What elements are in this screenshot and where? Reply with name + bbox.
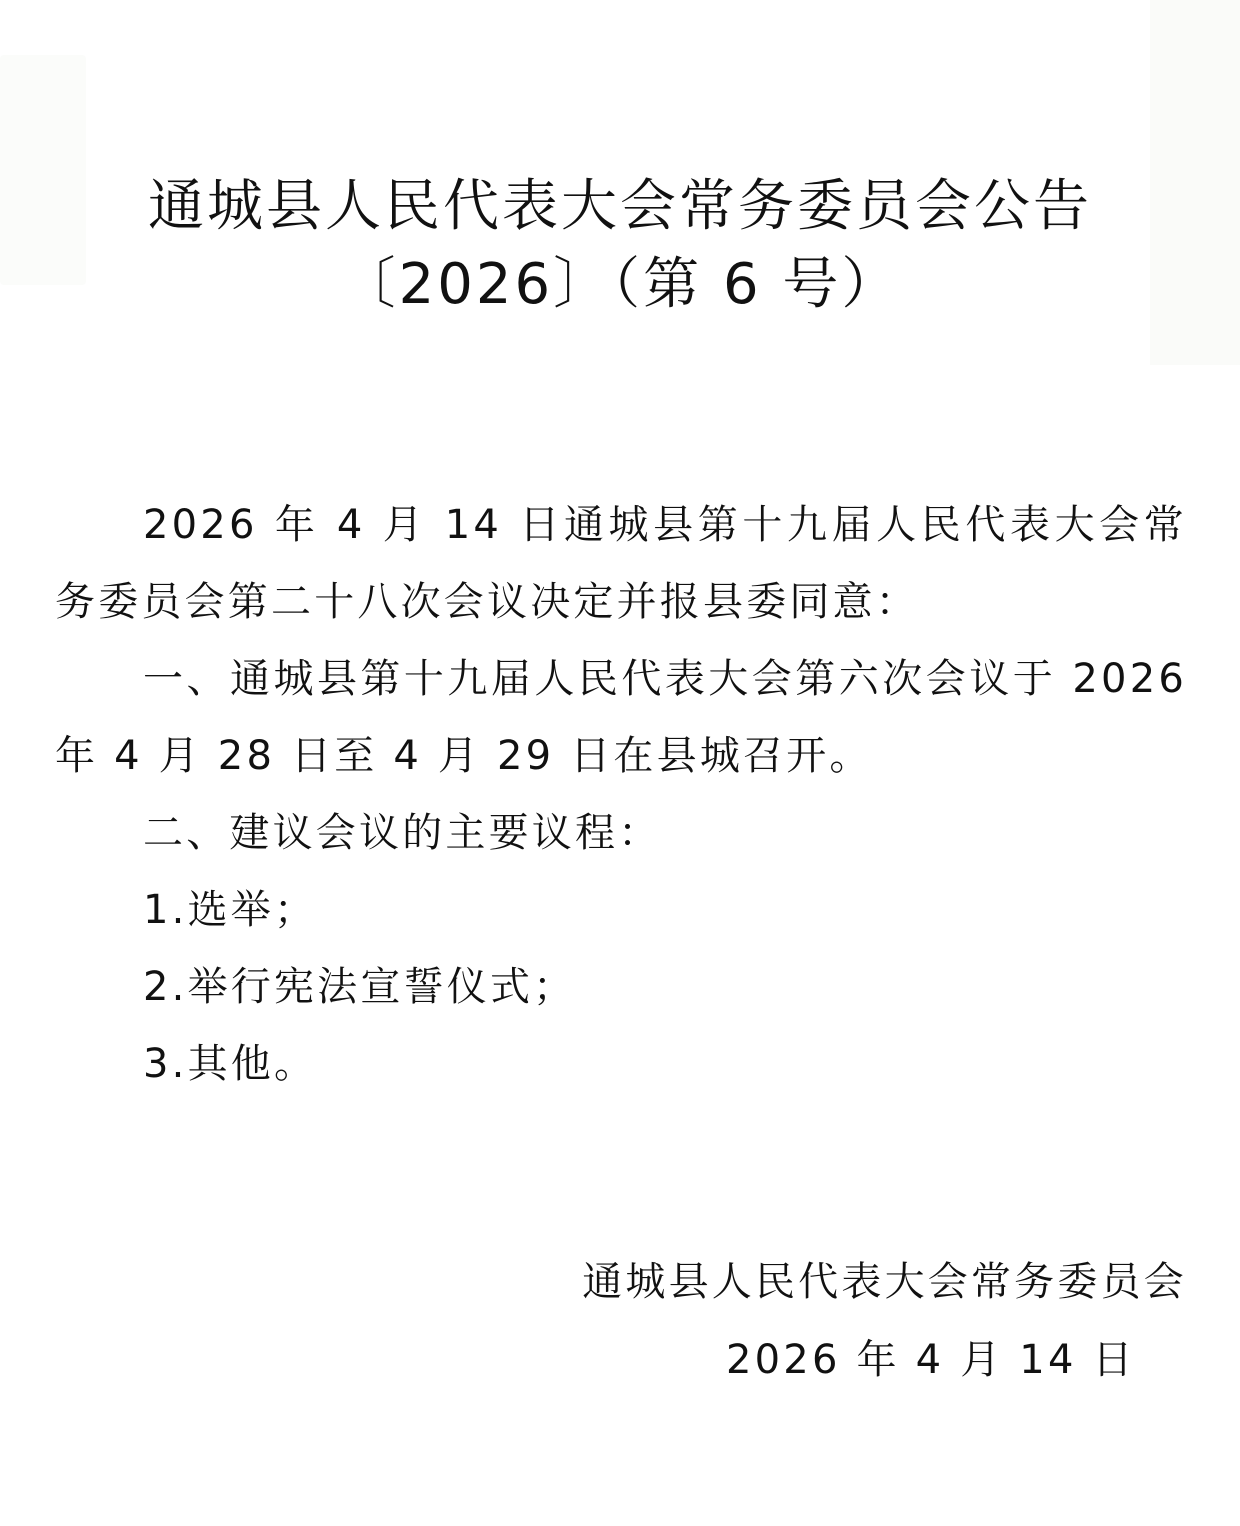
signature-organization: 通城县人民代表大会常务委员会 [560,1250,1187,1307]
document-body: 2026 年 4 月 14 日通城县第十九届人民代表大会常务委员会第二十八次会议… [55,487,1187,1103]
paragraph-item-two: 二、建议会议的主要议程： [55,795,1187,872]
title-main: 通城县人民代表大会常务委员会公告 [0,168,1240,246]
agenda-item-3: 3.其他。 [55,1026,1187,1103]
signature-date: 2026 年 4 月 14 日 [726,1328,1086,1385]
title-number: 〔2026〕（第 6 号） [0,246,1240,324]
paragraph-intro: 2026 年 4 月 14 日通城县第十九届人民代表大会常务委员会第二十八次会议… [55,487,1187,641]
document-title: 通城县人民代表大会常务委员会公告 〔2026〕（第 6 号） [0,168,1240,324]
paragraph-item-one: 一、通城县第十九届人民代表大会第六次会议于 2026 年 4 月 28 日至 4… [55,641,1187,795]
agenda-item-1: 1.选举； [55,872,1187,949]
agenda-item-2: 2.举行宪法宣誓仪式； [55,949,1187,1026]
